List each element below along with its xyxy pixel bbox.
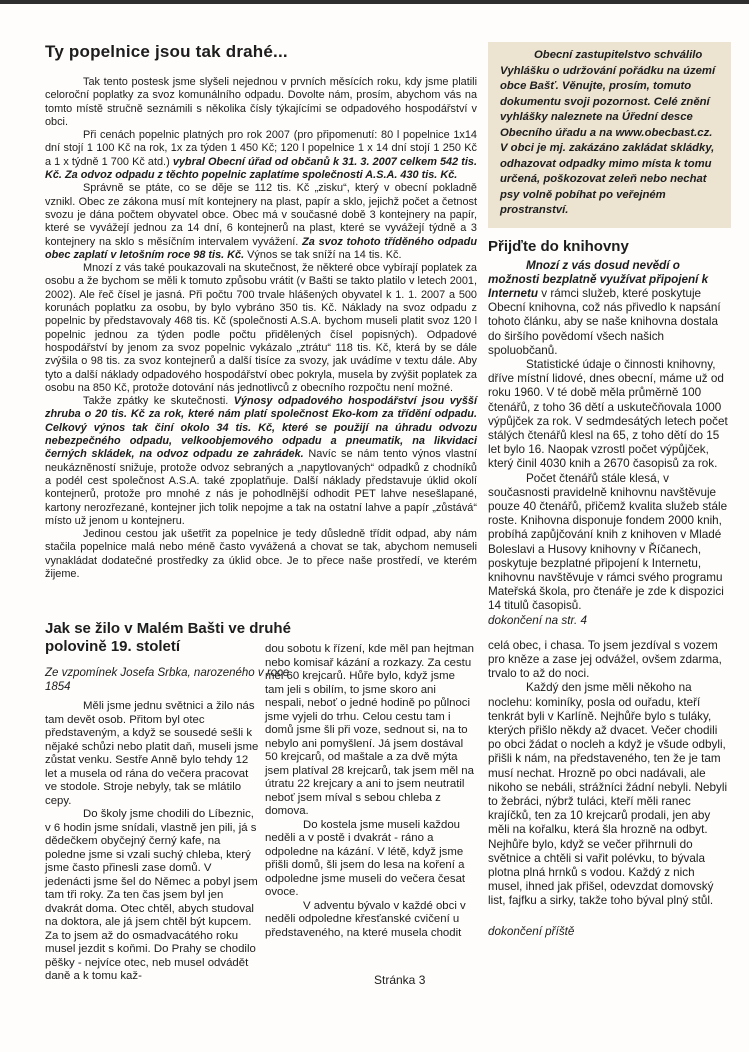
newsletter-page: Ty popelnice jsou tak drahé... Tak tento… bbox=[0, 0, 749, 1052]
trash-article-paragraph: Při cenách popelnic platných pro rok 200… bbox=[45, 129, 477, 182]
notice-box: Obecní zastupitelstvo schválilo Vyhlášku… bbox=[488, 42, 731, 228]
paragraph-text: Takže zpátky ke skutečnosti. bbox=[83, 395, 234, 407]
page-number: Stránka 3 bbox=[374, 973, 425, 987]
trash-article-title: Ty popelnice jsou tak drahé... bbox=[45, 42, 477, 62]
trash-article-paragraph: Správně se ptáte, co se děje se 112 tis.… bbox=[45, 182, 477, 262]
memoir-column-3: celá obec, i chasa. To jsem jezdíval s v… bbox=[488, 639, 731, 939]
library-article-body: Mnozí z vás dosud nevědí o možnosti bezp… bbox=[488, 259, 731, 628]
notice-box-text: Obecní zastupitelstvo schválilo Vyhlášku… bbox=[500, 48, 721, 219]
memoir-paragraph: V adventu bývalo v každé obci v neděli o… bbox=[265, 900, 476, 941]
trash-article-paragraph: Jedinou cestou jak ušetřit za popelnice … bbox=[45, 528, 477, 581]
memoir-paragraph: celá obec, i chasa. To jsem jezdíval s v… bbox=[488, 639, 731, 682]
memoir-paragraph: Do školy jsme chodili do Líbeznic, v 6 h… bbox=[45, 808, 259, 984]
memoir-paragraph: dou sobotu k řízení, kde měl pan hejtman… bbox=[265, 643, 476, 819]
trash-article-paragraph: Tak tento postesk jsme slyšeli nejednou … bbox=[45, 76, 477, 129]
paragraph-text: Výnos se tak sníží na 14 tis. Kč. bbox=[244, 249, 401, 261]
memoir-column-2: dou sobotu k řízení, kde měl pan hejtman… bbox=[265, 643, 476, 940]
trash-article: Ty popelnice jsou tak drahé... Tak tento… bbox=[45, 42, 477, 581]
library-paragraph: Mnozí z vás dosud nevědí o možnosti bezp… bbox=[488, 259, 731, 358]
right-column: Obecní zastupitelstvo schválilo Vyhlášku… bbox=[488, 42, 731, 939]
trash-article-paragraph: Takže zpátky ke skutečnosti. Výnosy odpa… bbox=[45, 395, 477, 528]
page-top-rule bbox=[0, 0, 749, 4]
memoir-paragraph: Do kostela jsme museli každou neděli a v… bbox=[265, 819, 476, 900]
library-article-title: Přijďte do knihovny bbox=[488, 238, 731, 255]
library-paragraph: Počet čtenářů stále klesá, v současnosti… bbox=[488, 472, 731, 614]
library-continuation-note: dokončení na str. 4 bbox=[488, 614, 731, 628]
memoir-paragraph: Každý den jsme měli někoho na noclehu: k… bbox=[488, 681, 731, 908]
memoir-continuation-note: dokončení příště bbox=[488, 925, 731, 939]
memoir-column-1: Měli jsme jednu světnici a žilo nás tam … bbox=[45, 700, 259, 984]
memoir-paragraph: Měli jsme jednu světnici a žilo nás tam … bbox=[45, 700, 259, 808]
trash-article-paragraph: Mnozí z vás také poukazovali na skutečno… bbox=[45, 262, 477, 395]
library-paragraph: Statistické údaje o činnosti knihovny, d… bbox=[488, 358, 731, 472]
